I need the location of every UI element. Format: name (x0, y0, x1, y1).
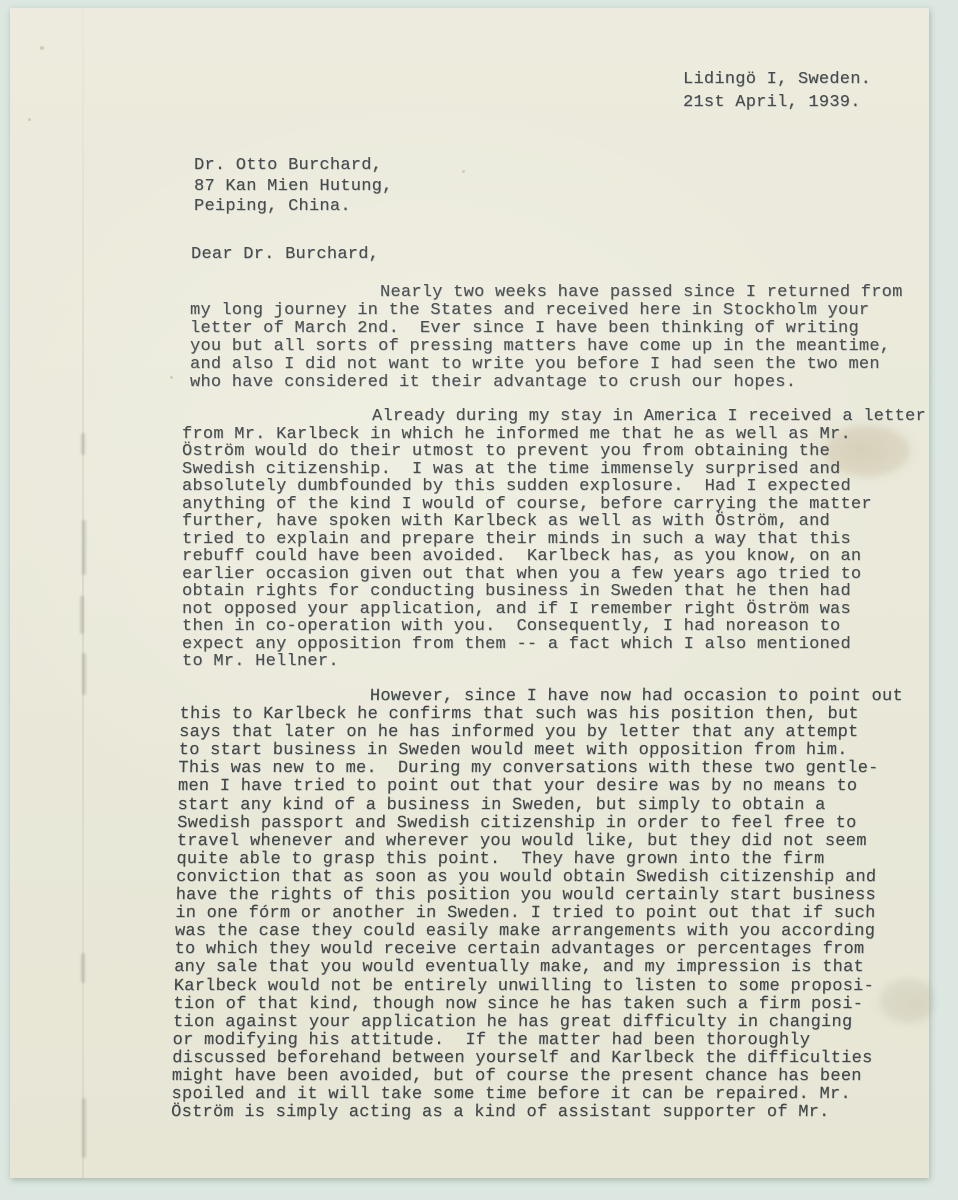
letter-line: to Mr. Hellner. (182, 653, 942, 671)
letter-line: to which they would receive certain adva… (174, 941, 934, 959)
fold-smudge (80, 596, 84, 634)
recipient-address: Dr. Otto Burchard, 87 Kan Mien Hutung, P… (194, 156, 393, 218)
letter-line: you but all sorts of pressing matters ha… (190, 338, 950, 356)
letter-line: says that later on he has informed you b… (179, 724, 939, 742)
dateline: Lidingö I, Sweden. 21st April, 1939. (683, 68, 871, 114)
fold-crease (82, 8, 84, 1178)
letter-line: discussed beforehand between yourself an… (172, 1050, 932, 1068)
letter-line: travel whenever and wherever you would l… (177, 833, 937, 851)
fold-smudge (82, 653, 86, 695)
letter-line: tried to explain and prepare their minds… (182, 531, 942, 549)
address-line: Peiping, China. (194, 197, 393, 218)
letter-line: earlier occasion given out that when you… (182, 566, 942, 584)
letter-line: absolutely dumbfounded by this sudden ex… (182, 478, 942, 496)
letter-line: conviction that as soon as you would obt… (176, 869, 936, 887)
letter-line: Already during my stay in America I rece… (182, 408, 942, 426)
letter-line: further, have spoken with Karlbeck as we… (182, 513, 942, 531)
fold-smudge (82, 1098, 86, 1158)
foxing-dot (28, 118, 31, 121)
letter-line: quite able to grasp this point. They hav… (176, 851, 936, 869)
letter-line: Swedish citizenship. I was at the time i… (182, 461, 942, 479)
letter-line: obtain rights for conducting business in… (182, 583, 942, 601)
letter-line: men I have tried to point out that your … (178, 778, 938, 796)
salutation: Dear Dr. Burchard, (191, 246, 379, 264)
letter-line: expect any opposition from them -- a fac… (182, 636, 942, 654)
letter-line: in one fórm or another in Sweden. I trie… (175, 905, 935, 923)
address-line: Dr. Otto Burchard, (194, 156, 393, 177)
body-paragraph-2: Already during my stay in America I rece… (182, 408, 942, 671)
body-paragraph-1: Nearly two weeks have passed since I ret… (190, 284, 950, 392)
letter-line: rebuff could have been avoided. Karlbeck… (182, 548, 942, 566)
letter-line: spoiled and it will take some time befor… (171, 1086, 931, 1104)
fold-smudge (81, 433, 85, 455)
body-paragraph-3: However, since I have now had occasion t… (171, 688, 940, 1122)
address-line: 87 Kan Mien Hutung, (194, 177, 393, 198)
letter-line: Swedish passport and Swedish citizenship… (177, 815, 937, 833)
letter-line: to start business in Sweden would meet w… (178, 742, 938, 760)
foxing-dot (40, 46, 44, 50)
letter-line: have the rights of this position you wou… (175, 887, 935, 905)
letter-line: might have been avoided, but of course t… (172, 1068, 932, 1086)
letter-line: start any kind of a business in Sweden, … (177, 797, 937, 815)
dateline-place: Lidingö I, Sweden. (683, 68, 871, 91)
letter-line: not opposed your application, and if I r… (182, 601, 942, 619)
letter-line: then in co-operation with you. Consequen… (182, 618, 942, 636)
letter-line: letter of March 2nd. Ever since I have b… (190, 320, 950, 338)
scan-background: Lidingö I, Sweden. 21st April, 1939. Dr.… (0, 0, 958, 1200)
letter-line: anything of the kind I would of course, … (182, 496, 942, 514)
letter-line: tion of that kind, though now since he h… (173, 996, 933, 1014)
letter-line: was the case they could easily make arra… (175, 923, 935, 941)
letter-line: this to Karlbeck he confirms that such w… (179, 706, 939, 724)
letter-line: and also I did not want to write you bef… (190, 356, 950, 374)
letter-line: any sale that you would eventually make,… (174, 959, 934, 977)
fold-smudge (81, 953, 85, 983)
dateline-date: 21st April, 1939. (683, 91, 871, 114)
letter-line: Öström is simply acting as a kind of ass… (171, 1104, 931, 1122)
letter-line: who have considered it their advantage t… (190, 374, 950, 392)
letter-line: Karlbeck would not be entirely unwilling… (174, 978, 934, 996)
letter-line: Öström would do their utmost to prevent … (182, 443, 942, 461)
foxing-dot (462, 170, 465, 173)
letter-line: Nearly two weeks have passed since I ret… (190, 284, 950, 302)
letter-line: This was new to me. During my conversati… (178, 760, 938, 778)
foxing-dot (170, 376, 173, 379)
letter-line: from Mr. Karlbeck in which he informed m… (182, 426, 942, 444)
letter-page: Lidingö I, Sweden. 21st April, 1939. Dr.… (10, 8, 929, 1178)
letter-line: my long journey in the States and receiv… (190, 302, 950, 320)
fold-smudge (82, 520, 86, 575)
letter-line: tion against your application he has gre… (173, 1014, 933, 1032)
letter-line: or modifying his attitude. If the matter… (172, 1032, 932, 1050)
letter-line: However, since I have now had occasion t… (180, 688, 940, 706)
